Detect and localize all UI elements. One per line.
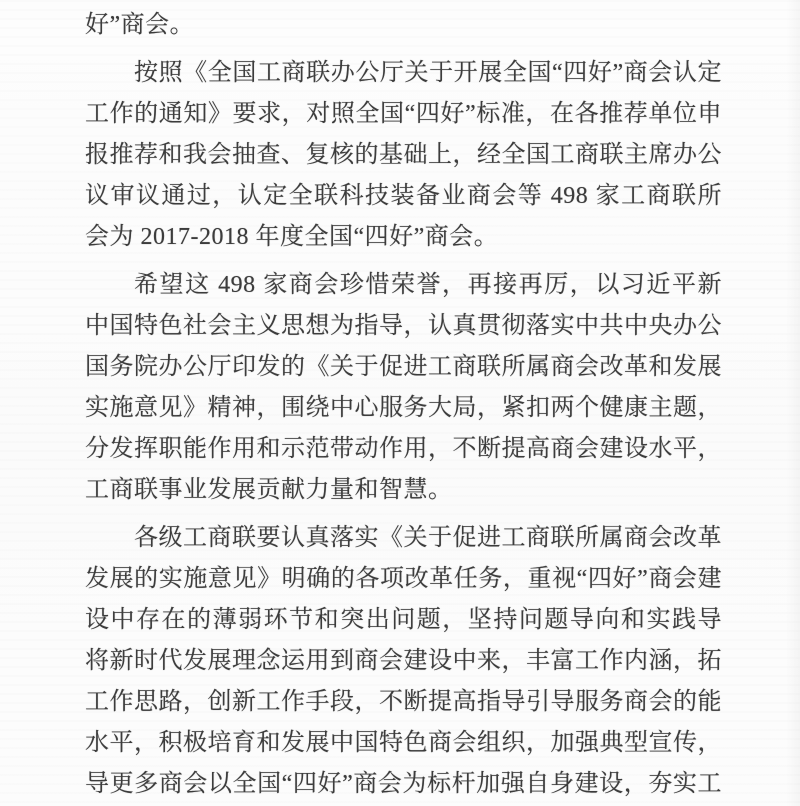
text-line: 导更多商会以全国“四好”商会为标杆加强自身建设，夯实工 [85,764,722,805]
text-line: 议审议通过，认定全联科技装备业商会等 498 家工商联所属商 [85,176,722,217]
scanned-document-page: 好”商会。按照《全国工商联办公厅关于开展全国“四好”商会认定工作的通知》要求，对… [0,0,800,806]
paragraph: 好”商会。 [85,5,722,46]
document-body: 好”商会。按照《全国工商联办公厅关于开展全国“四好”商会认定工作的通知》要求，对… [85,5,722,805]
text-line: 报推荐和我会抽查、复核的基础上，经全国工商联主席办公会 [85,135,722,176]
text-line: 希望这 498 家商会珍惜荣誉，再接再厉，以习近平新时代 [85,265,722,306]
text-line: 各级工商联要认真落实《关于促进工商联所属商会改革和 [85,518,722,559]
text-line: 中国特色社会主义思想为指导，认真贯彻落实中共中央办公厅、 [85,306,722,347]
text-line: 实施意见》精神，围绕中心服务大局，紧扣两个健康主题，充 [85,388,722,429]
text-line: 将新时代发展理念运用到商会建设中来，丰富工作内涵，拓宽 [85,641,722,682]
paragraph: 各级工商联要认真落实《关于促进工商联所属商会改革和发展的实施意见》明确的各项改革… [85,518,722,805]
text-line: 工商联事业发展贡献力量和智慧。 [85,470,722,511]
text-line: 设中存在的薄弱环节和突出问题，坚持问题导向和实践导向， [85,600,722,641]
text-line: 水平，积极培育和发展中国特色商会组织，加强典型宣传，引 [85,723,722,764]
text-line: 工作的通知》要求，对照全国“四好”标准，在各推荐单位申 [85,94,722,135]
text-line: 好”商会。 [85,5,722,46]
paragraph: 希望这 498 家商会珍惜荣誉，再接再厉，以习近平新时代中国特色社会主义思想为指… [85,265,722,511]
text-line: 工作思路，创新工作手段，不断提高指导引导服务商会的能力 [85,682,722,723]
paragraph: 按照《全国工商联办公厅关于开展全国“四好”商会认定工作的通知》要求，对照全国“四… [85,53,722,258]
text-line: 国务院办公厅印发的《关于促进工商联所属商会改革和发展的 [85,347,722,388]
text-line: 分发挥职能作用和示范带动作用，不断提高商会建设水平，为 [85,429,722,470]
text-line: 按照《全国工商联办公厅关于开展全国“四好”商会认定 [85,53,722,94]
text-line: 发展的实施意见》明确的各项改革任务，重视“四好”商会建 [85,559,722,600]
text-line: 会为 2017-2018 年度全国“四好”商会。 [85,217,722,258]
